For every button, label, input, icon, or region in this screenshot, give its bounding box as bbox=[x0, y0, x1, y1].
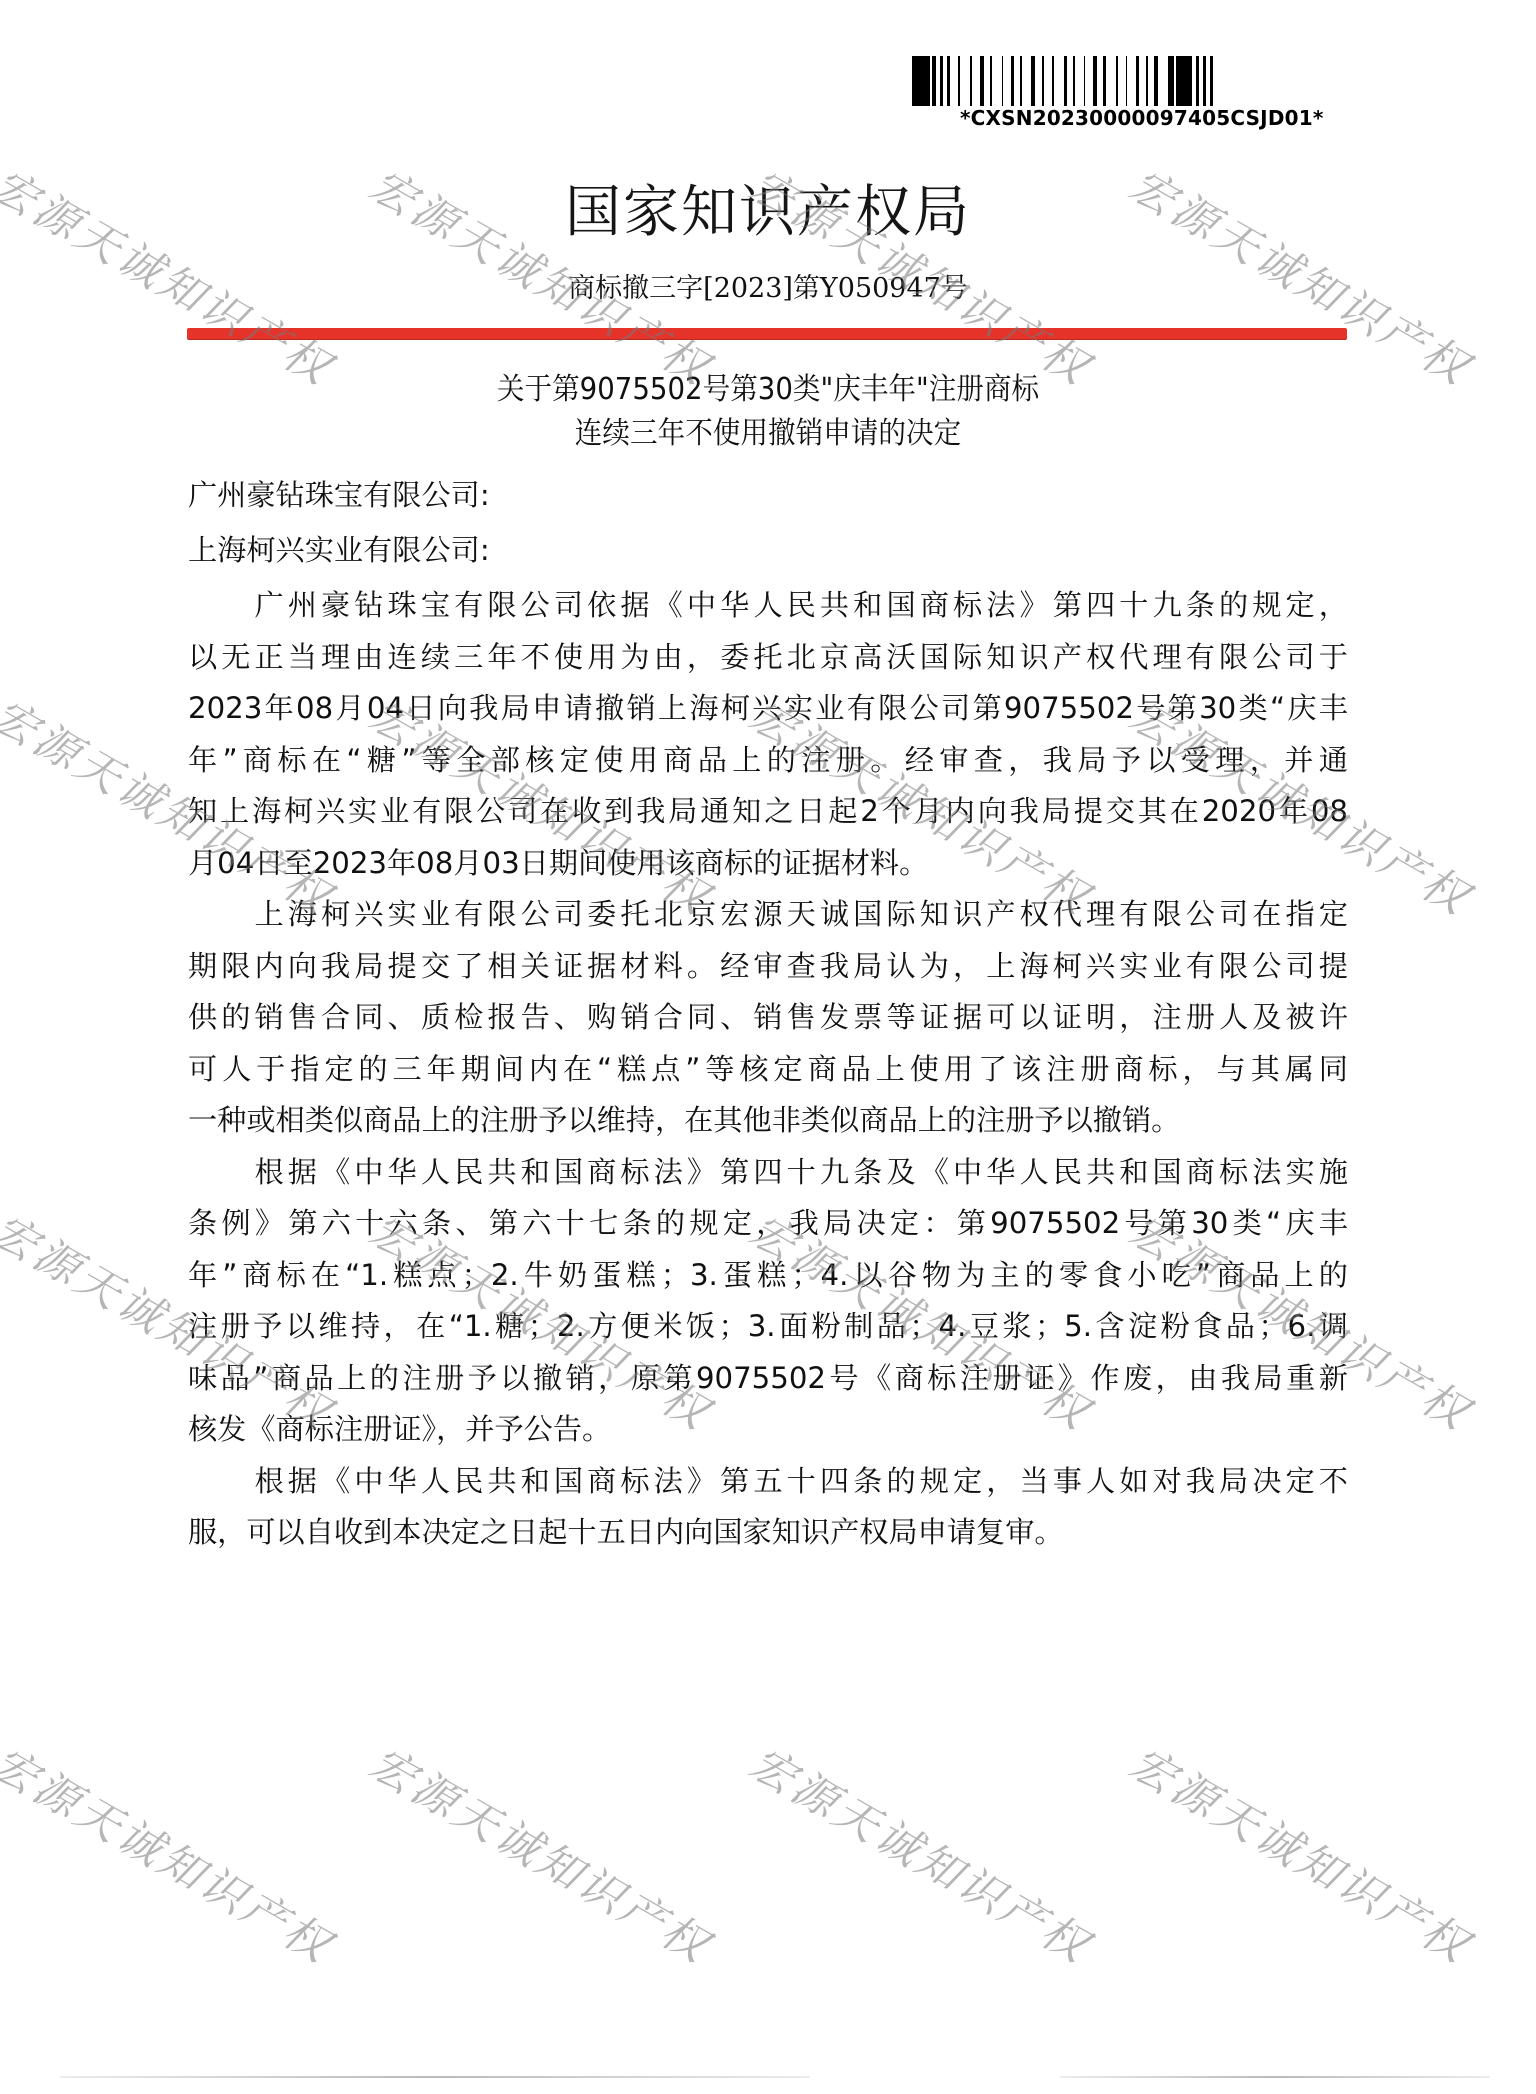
addressee-2: 上海柯兴实业有限公司: bbox=[188, 525, 1348, 580]
text-line: 根据《中华人民共和国商标法》第四十九条及《中华人民共和国商标法实施 bbox=[188, 1147, 1348, 1199]
text-line: 核发《商标注册证》，并予公告。 bbox=[188, 1404, 1348, 1456]
barcode-bar bbox=[912, 56, 930, 106]
addressee-1: 广州豪钻珠宝有限公司: bbox=[188, 470, 1348, 525]
text-line: 一种或相类似商品上的注册予以维持，在其他非类似商品上的注册予以撤销。 bbox=[188, 1095, 1348, 1147]
red-header-rule bbox=[187, 328, 1347, 339]
paragraph-application: 广州豪钻珠宝有限公司依据《中华人民共和国商标法》第四十九条的规定， 以无正当理由… bbox=[188, 580, 1348, 889]
text-line: 味品”商品上的注册予以撤销，原第9075502号《商标注册证》作废，由我局重新 bbox=[188, 1353, 1348, 1405]
subject-line-1: 关于第9075502号第30类"庆丰年"注册商标 bbox=[61, 364, 1474, 408]
barcode-gap bbox=[1127, 56, 1136, 106]
scan-artifact-line bbox=[1060, 2076, 1490, 2078]
barcode-graphic bbox=[912, 56, 1290, 106]
text-line: 2023年08月04日向我局申请撤销上海柯兴实业有限公司第9075502号第30… bbox=[188, 683, 1348, 735]
paragraph-decision: 根据《中华人民共和国商标法》第四十九条及《中华人民共和国商标法实施 条例》第六十… bbox=[188, 1147, 1348, 1456]
barcode-gap bbox=[992, 56, 1002, 106]
paragraph-appeal: 根据《中华人民共和国商标法》第五十四条的规定，当事人如对我局决定不 服，可以自收… bbox=[188, 1456, 1348, 1559]
watermark-text: 宏源天诚知识产权 bbox=[740, 1728, 1105, 1975]
text-line: 服，可以自收到本决定之日起十五日内向国家知识产权局申请复审。 bbox=[188, 1507, 1348, 1559]
barcode-gap bbox=[1106, 56, 1116, 106]
watermark-text: 宏源天诚知识产权 bbox=[1120, 1728, 1485, 1975]
text-line: 根据《中华人民共和国商标法》第五十四条的规定，当事人如对我局决定不 bbox=[188, 1456, 1348, 1508]
text-line: 以无正当理由连续三年不使用为由，委托北京高沃国际知识产权代理有限公司于 bbox=[188, 632, 1348, 684]
barcode-gap bbox=[1044, 56, 1052, 106]
barcode-bar bbox=[1176, 56, 1192, 106]
document-page: *CXSN20230000097405CSJD01* 国家知识产权局 商标撤三字… bbox=[0, 0, 1536, 2094]
barcode-gap bbox=[950, 56, 958, 106]
scan-artifact-line bbox=[60, 2076, 810, 2078]
barcode-gap bbox=[1085, 56, 1093, 106]
barcode-gap bbox=[1022, 56, 1031, 106]
barcode-number: *CXSN20230000097405CSJD01* bbox=[960, 106, 1300, 130]
text-line: 知上海柯兴实业有限公司在收到我局通知之日起2个月内向我局提交其在2020年08 bbox=[188, 786, 1348, 838]
text-line: 年”商标在“糖”等全部核定使用商品上的注册。经审查，我局予以受理，并通 bbox=[188, 735, 1348, 787]
barcode-gap bbox=[1035, 56, 1042, 106]
barcode-gap bbox=[1158, 56, 1168, 106]
text-line: 广州豪钻珠宝有限公司依据《中华人民共和国商标法》第四十九条的规定， bbox=[188, 580, 1348, 632]
text-line: 条例》第六十六条、第六十七条的规定，我局决定：第9075502号第30类“庆丰 bbox=[188, 1198, 1348, 1250]
document-body: 广州豪钻珠宝有限公司: 上海柯兴实业有限公司: 广州豪钻珠宝有限公司依据《中华人… bbox=[188, 470, 1348, 1559]
barcode-gap bbox=[1054, 56, 1064, 106]
text-line: 年”商标在“1.糕点；2.牛奶蛋糕；3.蛋糕；4.以谷物为主的零食小吃”商品上的 bbox=[188, 1250, 1348, 1302]
text-line: 供的销售合同、质检报告、购销合同、销售发票等证据可以证明，注册人及被许 bbox=[188, 992, 1348, 1044]
barcode-bar bbox=[1210, 56, 1213, 106]
barcode-gap bbox=[972, 56, 980, 106]
barcode-gap bbox=[1075, 56, 1084, 106]
subject-line-2: 连续三年不使用撤销申请的决定 bbox=[61, 408, 1474, 452]
watermark-text: 宏源天诚知识产权 bbox=[0, 1728, 347, 1975]
barcode-gap bbox=[1003, 56, 1011, 106]
text-line: 月04日至2023年08月03日期间使用该商标的证据材料。 bbox=[188, 838, 1348, 890]
barcode-gap bbox=[1118, 56, 1126, 106]
text-line: 期限内向我局提交了相关证据材料。经审查我局认为，上海柯兴实业有限公司提 bbox=[188, 941, 1348, 993]
document-number: 商标撤三字[2023]第Y050947号 bbox=[0, 266, 1536, 305]
barcode-gap bbox=[960, 56, 970, 106]
paragraph-evidence: 上海柯兴实业有限公司委托北京宏源天诚国际知识产权代理有限公司在指定 期限内向我局… bbox=[188, 889, 1348, 1147]
watermark-text: 宏源天诚知识产权 bbox=[360, 1728, 725, 1975]
text-line: 可人于指定的三年期间内在“糕点”等核定商品上使用了该注册商标，与其属同 bbox=[188, 1044, 1348, 1096]
barcode-gap bbox=[1139, 56, 1146, 106]
text-line: 上海柯兴实业有限公司委托北京宏源天诚国际知识产权代理有限公司在指定 bbox=[188, 889, 1348, 941]
agency-title: 国家知识产权局 bbox=[0, 168, 1536, 248]
text-line: 注册予以维持，在“1.糖；2.方便米饭；3.面粉制品；4.豆浆；5.含淀粉食品；… bbox=[188, 1301, 1348, 1353]
